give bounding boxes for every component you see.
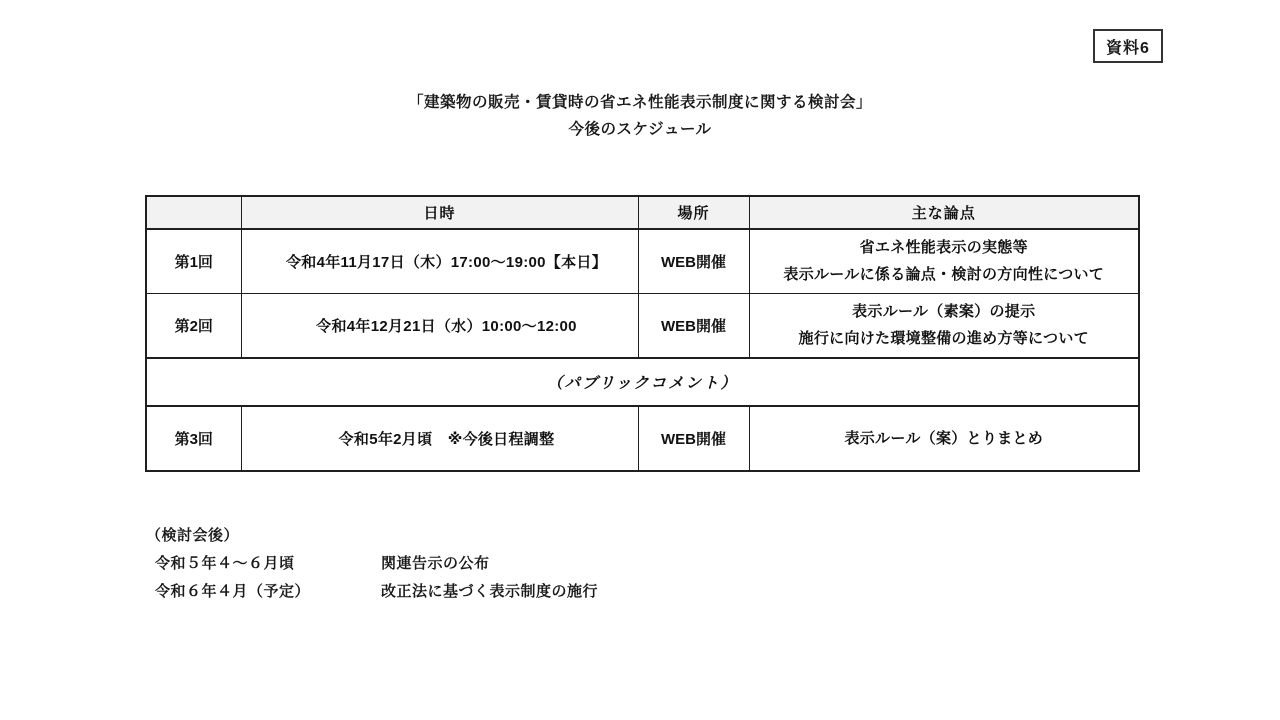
after-section-heading: （検討会後） — [146, 522, 598, 550]
meeting1-topic-line1: 省エネ性能表示の実態等 — [762, 234, 1127, 261]
meeting2-place: WEB開催 — [638, 293, 749, 358]
after-section-item-1: 令和５年４～６月頃 関連告示の公布 — [146, 550, 598, 578]
schedule-table: 日時 場所 主な論点 第1回 令和4年11月17日（木）17:00～19:00【… — [145, 195, 1140, 472]
header-datetime: 日時 — [241, 196, 638, 229]
table-row-public-comment: （パブリックコメント） — [146, 358, 1139, 406]
table-row-meeting-3: 第3回 令和5年2月頃 ※今後日程調整 WEB開催 表示ルール（案）とりまとめ — [146, 406, 1139, 471]
document-number-badge: 資料6 — [1093, 29, 1163, 63]
meeting1-place: WEB開催 — [638, 229, 749, 293]
meeting3-datetime: 令和5年2月頃 ※今後日程調整 — [241, 406, 638, 471]
meeting3-topic-line1: 表示ルール（案）とりまとめ — [762, 425, 1127, 452]
meeting1-topics: 省エネ性能表示の実態等 表示ルールに係る論点・検討の方向性について — [749, 229, 1139, 293]
public-comment-label: （パブリックコメント） — [146, 358, 1139, 406]
document-page: 資料6 「建築物の販売・賃貸時の省エネ性能表示制度に関する検討会」 今後のスケジ… — [0, 0, 1280, 720]
page-title-line2: 今後のスケジュール — [0, 116, 1280, 143]
page-title-line1: 「建築物の販売・賃貸時の省エネ性能表示制度に関する検討会」 — [0, 89, 1280, 116]
meeting3-topics: 表示ルール（案）とりまとめ — [749, 406, 1139, 471]
meeting1-topic-line2: 表示ルールに係る論点・検討の方向性について — [762, 261, 1127, 288]
meeting3-place: WEB開催 — [638, 406, 749, 471]
meeting2-topic-line2: 施行に向けた環境整備の進め方等について — [762, 325, 1127, 352]
table-row-meeting-2: 第2回 令和4年12月21日（水）10:00～12:00 WEB開催 表示ルール… — [146, 293, 1139, 358]
page-title: 「建築物の販売・賃貸時の省エネ性能表示制度に関する検討会」 今後のスケジュール — [0, 89, 1280, 143]
meeting2-topics: 表示ルール（素案）の提示 施行に向けた環境整備の進め方等について — [749, 293, 1139, 358]
after-meeting-section: （検討会後） 令和５年４～６月頃 関連告示の公布 令和６年４月（予定） 改正法に… — [146, 522, 598, 606]
after-item1-date: 令和５年４～６月頃 — [155, 550, 381, 578]
meeting3-round: 第3回 — [146, 406, 241, 471]
after-section-item-2: 令和６年４月（予定） 改正法に基づく表示制度の施行 — [146, 578, 598, 606]
meeting2-topic-line1: 表示ルール（素案）の提示 — [762, 298, 1127, 325]
header-round — [146, 196, 241, 229]
header-topics: 主な論点 — [749, 196, 1139, 229]
table-row-meeting-1: 第1回 令和4年11月17日（木）17:00～19:00【本日】 WEB開催 省… — [146, 229, 1139, 293]
after-item1-desc: 関連告示の公布 — [381, 550, 490, 578]
after-item2-desc: 改正法に基づく表示制度の施行 — [381, 578, 598, 606]
meeting2-datetime: 令和4年12月21日（水）10:00～12:00 — [241, 293, 638, 358]
table-header-row: 日時 場所 主な論点 — [146, 196, 1139, 229]
meeting1-round: 第1回 — [146, 229, 241, 293]
meeting2-round: 第2回 — [146, 293, 241, 358]
header-place: 場所 — [638, 196, 749, 229]
after-item2-date: 令和６年４月（予定） — [155, 578, 381, 606]
meeting1-datetime: 令和4年11月17日（木）17:00～19:00【本日】 — [241, 229, 638, 293]
